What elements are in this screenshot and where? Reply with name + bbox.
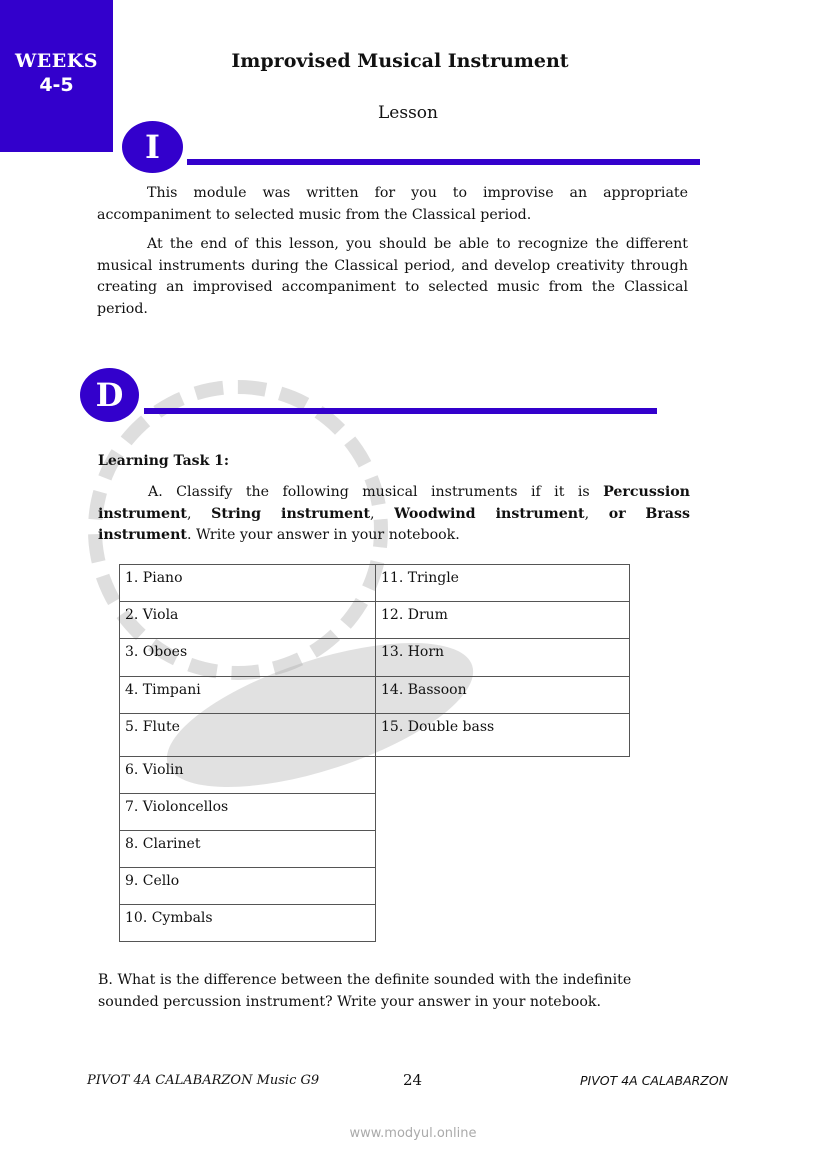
section-i-divider bbox=[187, 159, 700, 165]
instrument-cell: 14. Bassoon bbox=[375, 676, 630, 714]
instrument-cell: 9. Cello bbox=[119, 867, 376, 905]
instrument-cell: 6. Violin bbox=[119, 756, 376, 794]
instrument-cell: 5. Flute bbox=[119, 713, 376, 757]
instrument-cell: 12. Drum bbox=[375, 601, 630, 639]
learning-task-title: Learning Task 1: bbox=[98, 453, 229, 469]
weeks-label: WEEKS bbox=[0, 50, 113, 72]
instrument-cell: 7. Violoncellos bbox=[119, 793, 376, 831]
section-d-divider bbox=[144, 408, 657, 414]
weeks-range: 4-5 bbox=[0, 74, 113, 96]
instrument-cell: 11. Tringle bbox=[375, 564, 630, 602]
section-i-badge: I bbox=[122, 121, 183, 173]
instrument-cell: 3. Oboes bbox=[119, 638, 376, 677]
instrument-cell: 8. Clarinet bbox=[119, 830, 376, 868]
instrument-cell: 4. Timpani bbox=[119, 676, 376, 714]
task-b-question: B. What is the difference between the de… bbox=[98, 970, 678, 1013]
instrument-cell: 15. Double bass bbox=[375, 713, 630, 757]
footer-right: PIVOT 4A CALABARZON bbox=[580, 1073, 728, 1088]
footer-left: PIVOT 4A CALABARZON Music G9 bbox=[87, 1073, 319, 1088]
section-d-badge: D bbox=[80, 368, 139, 422]
intro-paragraph-1: This module was written for you to impro… bbox=[97, 183, 688, 226]
instrument-cell: 1. Piano bbox=[119, 564, 376, 602]
page-number: 24 bbox=[403, 1071, 422, 1089]
page-subtitle: Lesson bbox=[300, 103, 516, 123]
intro-paragraph-2: At the end of this lesson, you should be… bbox=[97, 234, 688, 320]
instrument-cell: 13. Horn bbox=[375, 638, 630, 677]
task-a-instructions: A. Classify the following musical instru… bbox=[98, 482, 690, 547]
instrument-cell: 10. Cymbals bbox=[119, 904, 376, 942]
instrument-cell: 2. Viola bbox=[119, 601, 376, 639]
site-watermark: www.modyul.online bbox=[300, 1126, 526, 1141]
page-title: Improvised Musical Instrument bbox=[150, 50, 650, 72]
